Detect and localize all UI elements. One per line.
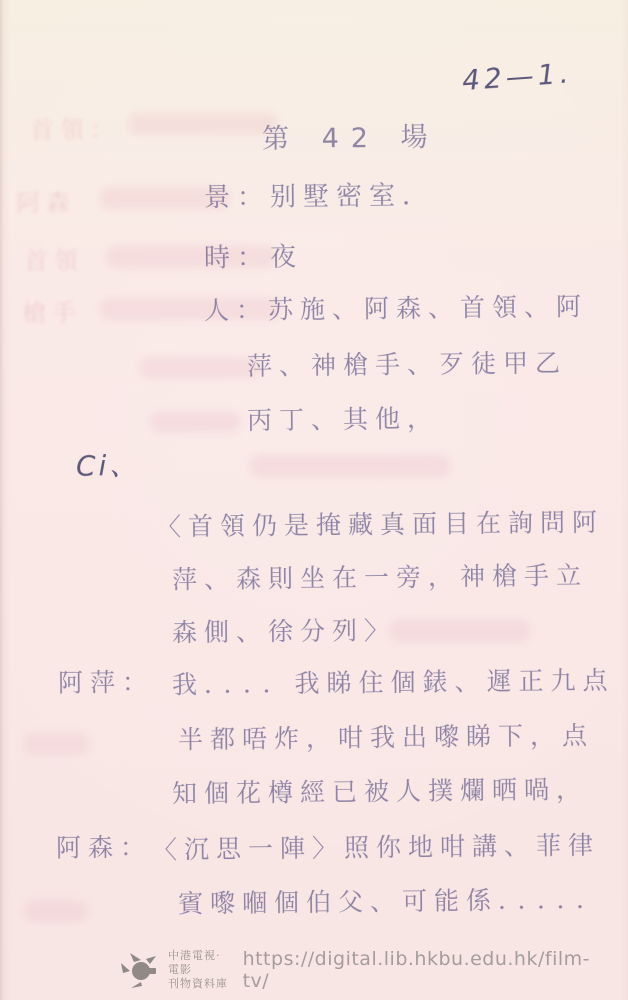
bleedthrough-speaker-label: 首領：	[30, 110, 120, 146]
cast-line: 萍、神槍手、歹徒甲乙	[247, 343, 567, 382]
watermark-url: https://digital.lib.hkbu.edu.hk/film-tv/	[243, 948, 590, 992]
bleedthrough-speaker-label: 首領	[24, 241, 84, 277]
dialogue-line: 半都唔炸，咁我出嚟睇下，点	[178, 716, 594, 756]
stage-direction-line: 萍、森則坐在一旁，神槍手立	[172, 556, 588, 596]
bleedthrough-smear	[390, 620, 530, 642]
bleedthrough-smear	[24, 733, 88, 755]
dialogue-line: 知個花樽經已被人撲爛晒喎，	[172, 770, 588, 810]
cast-line: 人：苏施、阿森、首領、阿	[204, 287, 588, 327]
bleedthrough-smear	[140, 358, 260, 378]
watermark-footer: 中港電視·電影 刊物資料庫 https://digital.lib.hkbu.e…	[120, 948, 590, 992]
bleedthrough-speaker-label: 阿森	[16, 183, 76, 219]
dialogue-line: 〈沉思一陣〉照你地咁講、菲律	[152, 826, 600, 867]
bleedthrough-smear	[128, 113, 278, 135]
dialogue-speaker: 阿森：	[56, 827, 152, 864]
cast-line: 丙丁、其他，	[247, 399, 439, 437]
dialogue-line: 我．．．．我睇住個錶、遲正九点	[172, 661, 615, 702]
page-number: 42—1.	[461, 56, 573, 97]
library-name: 中港電視·電影 刊物資料庫	[168, 949, 229, 990]
library-name-line2: 刊物資料庫	[168, 977, 229, 991]
bleedthrough-smear	[150, 412, 240, 432]
margin-note: Ci、	[76, 444, 141, 485]
stage-direction-line: 森側、徐分列〉	[172, 611, 396, 649]
dialogue-speaker: 阿萍：	[58, 662, 154, 699]
bleedthrough-smear	[24, 900, 88, 922]
bleedthrough-speaker-label: 槍手	[22, 293, 82, 329]
stage-direction-line: 〈首領仍是掩藏真面目在詢問阿	[156, 503, 604, 544]
library-name-line1: 中港電視·電影	[168, 949, 229, 977]
scene-heading: 第 42 場	[262, 115, 440, 156]
bleedthrough-smear	[250, 455, 450, 477]
film-spotlight-logo-icon	[120, 950, 160, 990]
scene-location-line: 景：别墅密室．	[204, 175, 435, 214]
scene-time-line: 時：夜	[204, 236, 303, 274]
dialogue-line: 賓嚟嗰個伯父、可能係．．．．．	[178, 880, 608, 921]
